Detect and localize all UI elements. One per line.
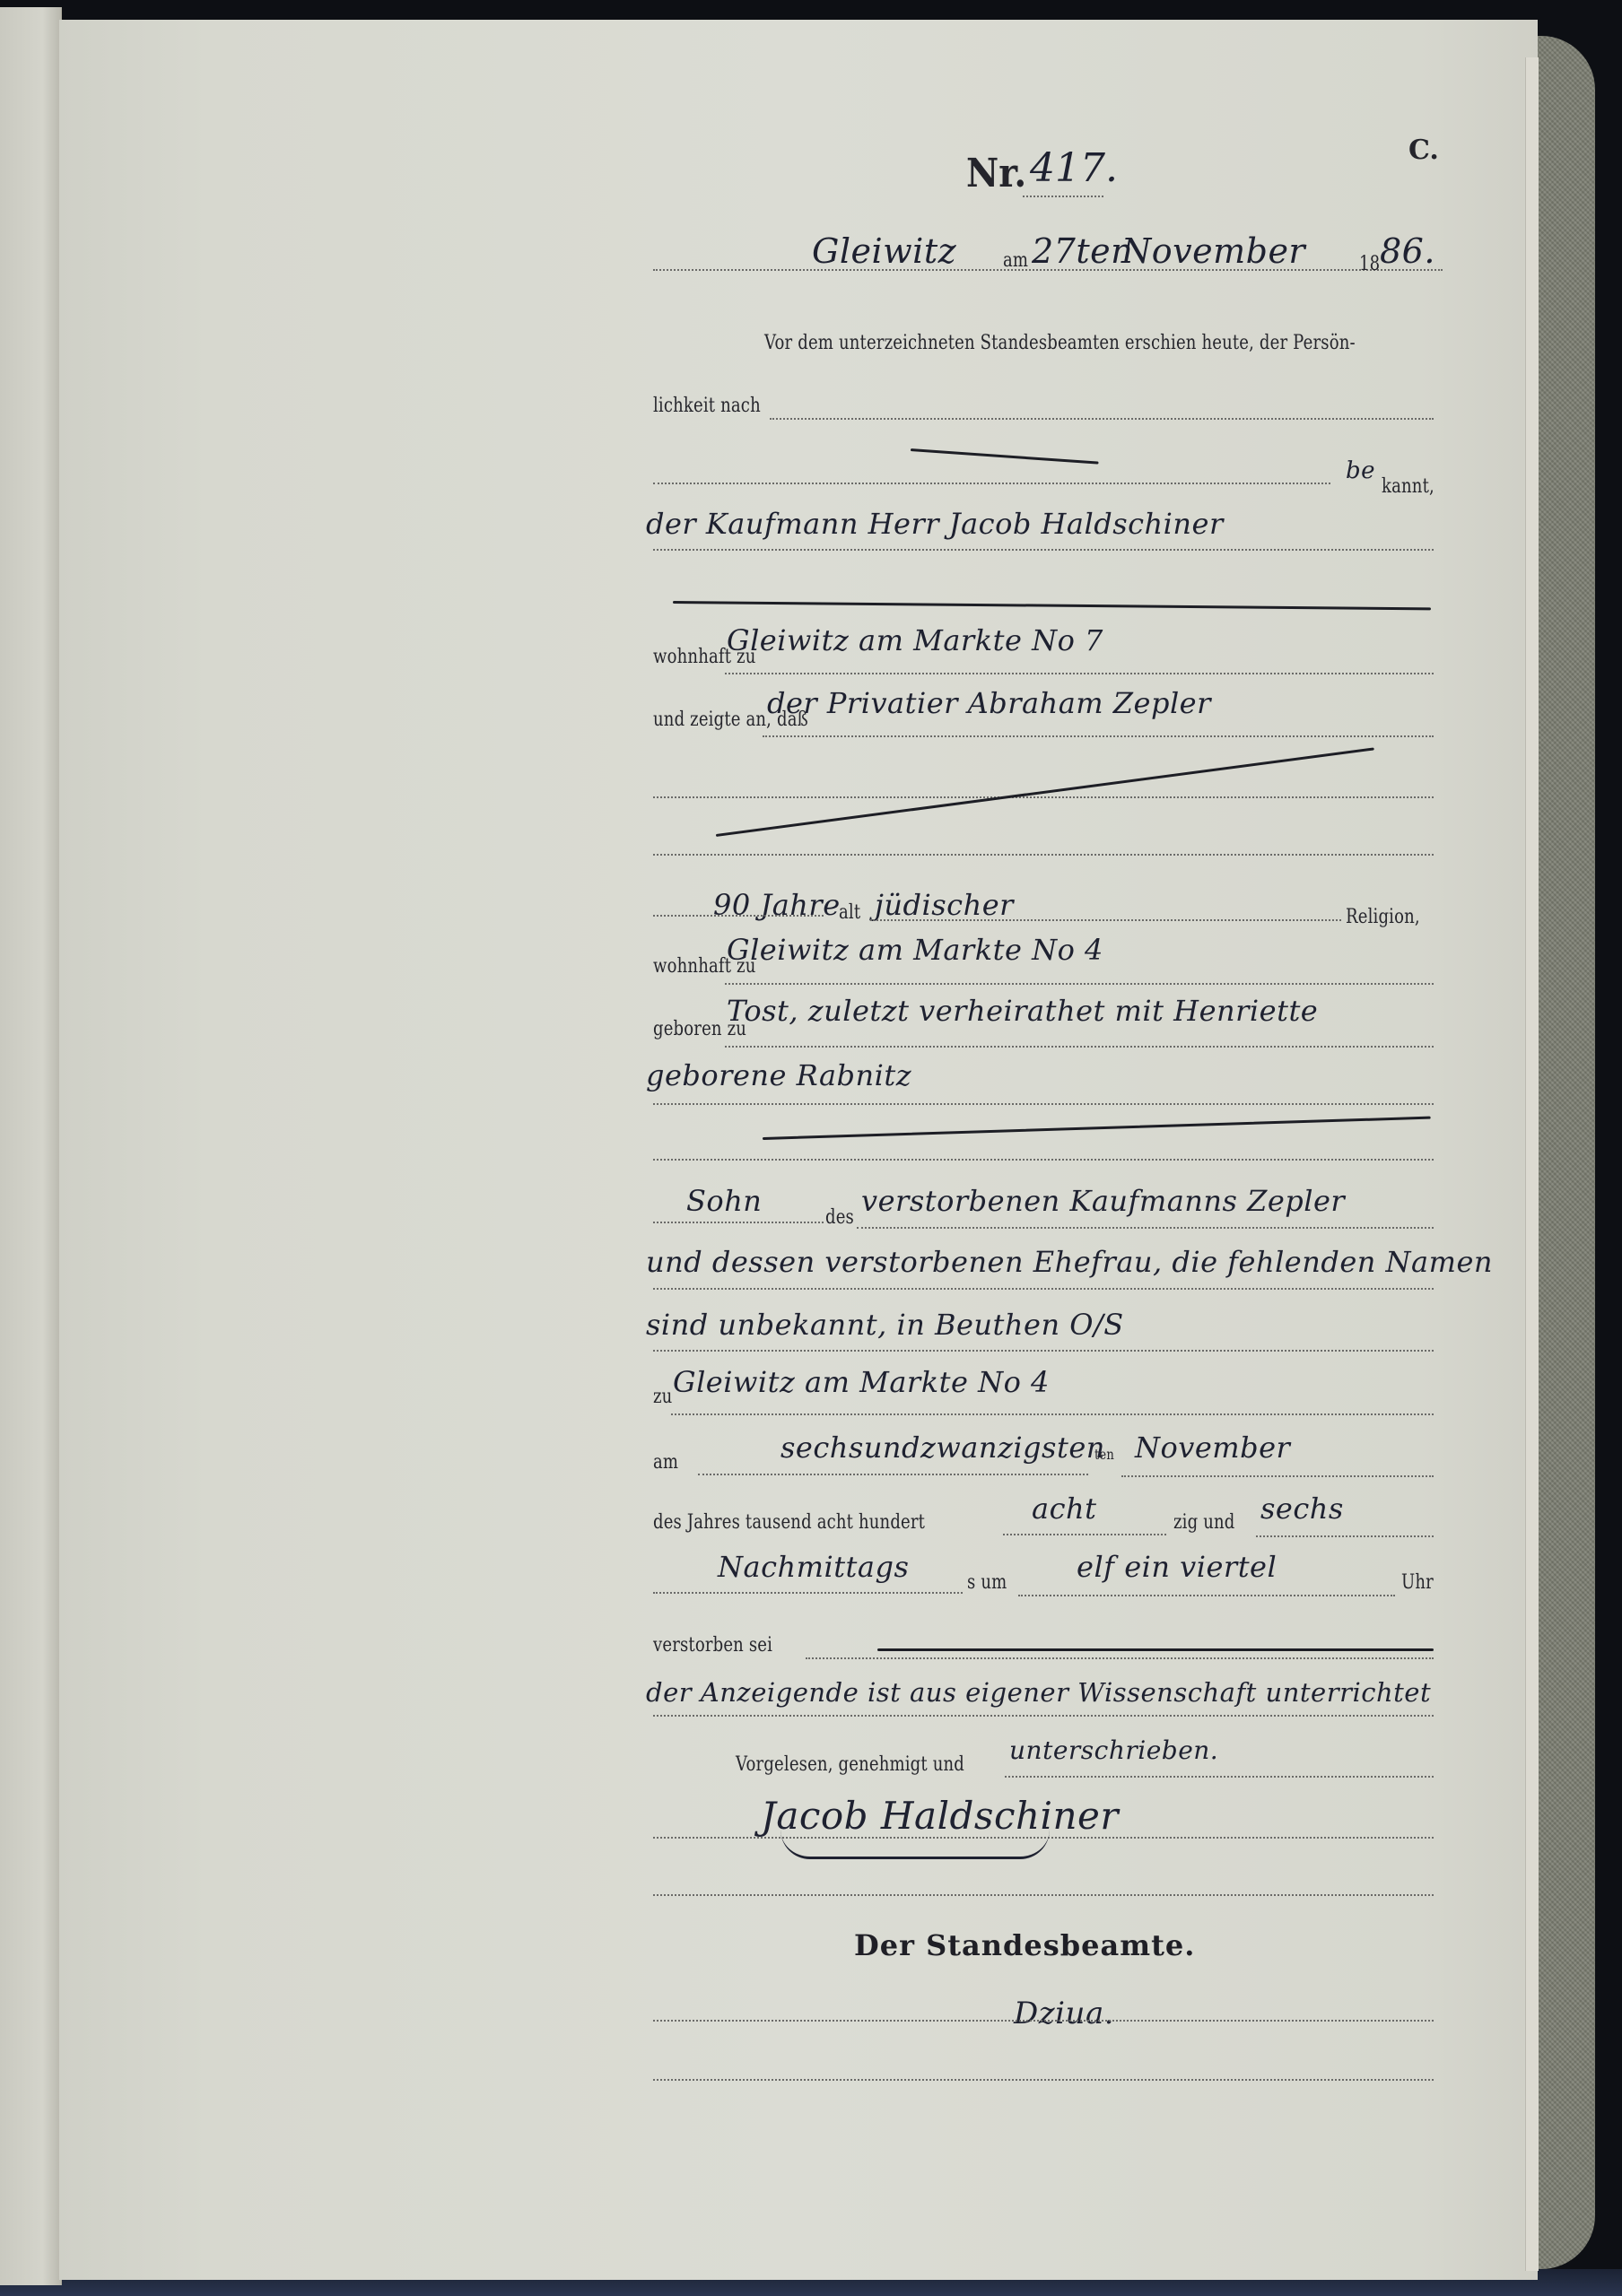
dotted-line — [653, 796, 1434, 798]
dotted-line — [1003, 1534, 1166, 1535]
religion-label: Religion, — [1346, 906, 1420, 928]
year-prefix: 18 — [1359, 253, 1380, 275]
death-day-suffix: ten — [1094, 1446, 1114, 1463]
registrar-heading: Der Standesbeamte. — [854, 1928, 1195, 1962]
parents-son-handwritten: Sohn — [686, 1184, 762, 1218]
time-uhr-label: Uhr — [1401, 1571, 1434, 1594]
dotted-line — [653, 1103, 1434, 1105]
dotted-line — [1018, 1595, 1395, 1596]
dotted-line — [671, 1413, 1434, 1415]
year-text-label: des Jahres tausend acht hundert — [653, 1511, 925, 1534]
dotted-line — [653, 1350, 1434, 1352]
dotted-line — [653, 1715, 1434, 1717]
date-day-handwritten: 27ten — [1032, 231, 1133, 271]
intro-line-1: Vor dem unterzeichneten Standesbeamten e… — [764, 332, 1356, 354]
dotted-line — [725, 983, 1434, 985]
year-unit-handwritten: sechs — [1260, 1492, 1344, 1526]
death-place-label: zu — [653, 1386, 672, 1408]
known-suffix: kannt, — [1382, 475, 1435, 498]
dotted-line — [653, 915, 824, 917]
informant-handwritten: der Kaufmann Herr Jacob Haldschiner — [646, 507, 1224, 541]
dotted-line — [653, 1222, 824, 1223]
death-month-handwritten: November — [1135, 1431, 1290, 1465]
born-line2-handwritten: geborene Rabnitz — [646, 1058, 911, 1092]
known-prefix-handwritten: be — [1346, 457, 1375, 484]
strike-line — [877, 1648, 1434, 1651]
time-um-label: s um — [967, 1571, 1007, 1594]
dotted-line — [653, 1288, 1434, 1290]
record-number-value: 417. — [1030, 145, 1118, 191]
death-day-label: am — [653, 1451, 678, 1474]
religion-handwritten: jüdischer — [875, 888, 1014, 922]
remark-handwritten: der Anzeigende ist aus eigener Wissensch… — [646, 1677, 1431, 1708]
strike-line — [763, 1117, 1431, 1140]
died-label: verstorben sei — [653, 1634, 772, 1657]
parents-father-handwritten: verstorbenen Kaufmanns Zepler — [861, 1184, 1345, 1218]
age-handwritten: 90 Jahre — [713, 888, 841, 922]
age-label: alt — [839, 901, 860, 924]
dotted-line — [1005, 1776, 1434, 1778]
parents-location-handwritten: sind unbekannt, in Beuthen O/S — [646, 1308, 1124, 1342]
strike-line — [911, 448, 1099, 465]
dotted-line — [770, 418, 1434, 420]
dotted-line — [857, 1227, 1434, 1229]
death-day-handwritten: sechsundzwanzigsten — [780, 1431, 1105, 1465]
born-handwritten: Tost, zuletzt verheirathet mit Henriette — [727, 994, 1318, 1028]
dotted-line — [870, 919, 1341, 921]
signature-flourish — [780, 1830, 1050, 1859]
page-stack-edge — [1525, 57, 1539, 2271]
dotted-line — [1023, 196, 1103, 197]
dotted-line — [653, 854, 1434, 856]
strike-line — [716, 747, 1374, 837]
time-value-handwritten: elf ein viertel — [1077, 1550, 1277, 1584]
dotted-line — [1256, 1535, 1434, 1537]
date-month-handwritten: November — [1121, 231, 1305, 271]
strike-line — [673, 601, 1431, 610]
year-suffix-handwritten: 86. — [1380, 231, 1435, 271]
year-decade-handwritten: acht — [1032, 1492, 1096, 1526]
informant-residence-handwritten: Gleiwitz am Markte No 7 — [727, 623, 1103, 657]
dotted-line — [653, 1894, 1434, 1896]
dotted-line — [725, 1046, 1434, 1048]
parents-des-label: des — [825, 1206, 854, 1229]
dotted-line — [653, 1159, 1434, 1161]
place-handwritten: Gleiwitz — [812, 231, 956, 271]
deceased-residence-handwritten: Gleiwitz am Markte No 4 — [727, 933, 1103, 967]
time-period-handwritten: Nachmittags — [718, 1550, 909, 1584]
deceased-handwritten: der Privatier Abraham Zepler — [767, 686, 1211, 720]
registrar-signature: Dziua. — [1014, 1996, 1114, 2031]
dotted-line — [806, 1657, 1434, 1659]
dotted-line — [725, 673, 1434, 674]
parents-mother-handwritten: und dessen verstorbenen Ehefrau, die feh… — [646, 1245, 1493, 1279]
dotted-line — [653, 483, 1330, 484]
death-place-handwritten: Gleiwitz am Markte No 4 — [673, 1365, 1050, 1399]
record-number-label: Nr. — [966, 151, 1026, 196]
read-value-handwritten: unterschrieben. — [1009, 1735, 1218, 1765]
dotted-line — [698, 1474, 1088, 1475]
form-letter: C. — [1408, 135, 1439, 166]
left-page-edge — [0, 7, 62, 2285]
year-zig-label: zig und — [1173, 1511, 1234, 1534]
read-label: Vorgelesen, genehmigt und — [736, 1753, 964, 1776]
dotted-line — [1121, 1475, 1434, 1477]
death-record-form: Nr. 417. C. Gleiwitz am 27ten November 1… — [646, 0, 1453, 2296]
dotted-line — [653, 2079, 1434, 2081]
dotted-line — [763, 735, 1434, 737]
date-prefix: am — [1003, 249, 1028, 272]
dotted-line — [653, 1592, 963, 1594]
dotted-line — [653, 549, 1434, 551]
intro-line-2: lichkeit nach — [653, 395, 761, 417]
dotted-line — [653, 2020, 1434, 2022]
